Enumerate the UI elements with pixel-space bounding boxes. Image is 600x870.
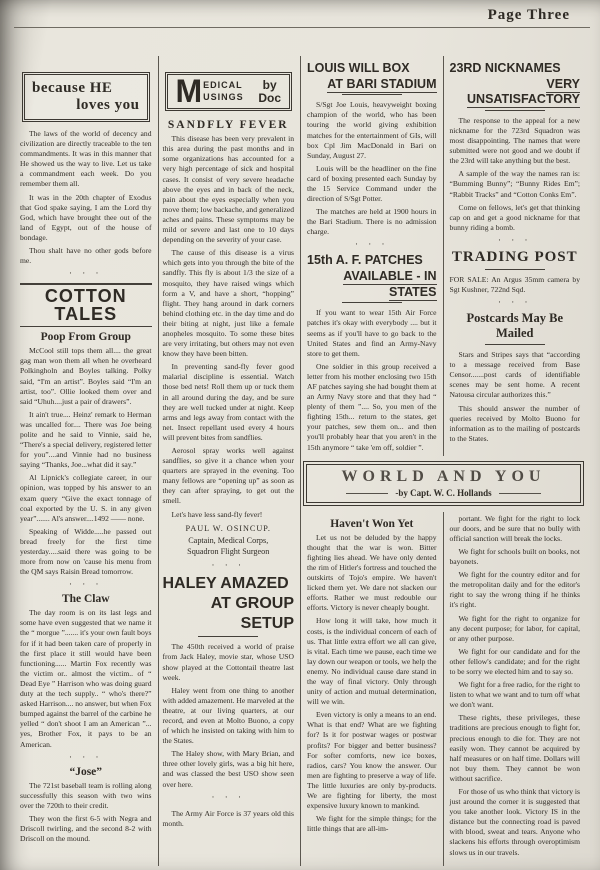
signature-title: Squadron Flight Surgeon xyxy=(163,546,295,558)
because-he-title-line-1: because HE xyxy=(32,80,140,97)
column-3-lower: Haven't Won Yet Let us not be deluded by… xyxy=(301,512,444,866)
section-separator: · · · xyxy=(450,236,581,245)
newspaper-page: Page Three because HE loves you The laws… xyxy=(0,0,600,870)
jose-heading: “Jose” xyxy=(20,766,152,778)
paragraph: Al Lipnick's collegiate career, in our o… xyxy=(20,473,152,523)
section-separator: · · · xyxy=(307,240,437,249)
paragraph: The response to the appeal for a new nic… xyxy=(450,116,581,166)
paragraph: Let's have less sand-fly fever! xyxy=(163,510,295,520)
medical-masthead-words: EDICAL USINGS xyxy=(203,80,244,103)
paragraph: Aerosol spray works well against sandfli… xyxy=(163,446,295,507)
byline-dash xyxy=(499,492,541,494)
paragraph: The 450th received a world of praise fro… xyxy=(163,642,295,682)
headline-rule xyxy=(485,269,545,270)
right-bottom-row: Haven't Won Yet Let us not be deluded by… xyxy=(301,512,586,866)
top-rule xyxy=(14,27,590,28)
world-and-you-box: WORLD AND YOU -by Capt. W. C. Hollands xyxy=(303,461,584,506)
medical-by-doc: Doc xyxy=(258,92,281,105)
paragraph: We fight for the country editor and for … xyxy=(450,570,581,610)
louis-headline-line-2: AT BARI STADIUM xyxy=(307,77,437,93)
louis-headline: LOUIS WILL BOX AT BARI STADIUM xyxy=(307,61,437,92)
signature-name: PAUL W. OSINCUP. xyxy=(163,523,295,535)
headline-rule xyxy=(198,636,258,637)
paragraph: The cause of this disease is a virus whi… xyxy=(163,248,295,359)
paragraph: The matches are held at 1900 hours in th… xyxy=(307,207,437,237)
paragraph: For those of us who think that victory i… xyxy=(450,787,581,858)
column-4: 23RD NICKNAMES VERY UNSATISFACTORY The r… xyxy=(444,56,587,456)
paragraph: S/Sgt Joe Louis, heavyweight boxing cham… xyxy=(307,100,437,161)
paragraph: We fight for the right to organize for a… xyxy=(450,614,581,644)
paragraph: The laws of the world of decency and civ… xyxy=(20,129,152,190)
medical-musings-box: M EDICAL USINGS by Doc xyxy=(165,72,293,111)
nicknames-headline-line-2: VERY UNSATISFACTORY xyxy=(450,77,581,108)
medical-m-initial: M xyxy=(176,79,203,104)
haley-headline: HALEY AMAZED AT GROUP SETUP xyxy=(163,574,295,634)
paragraph: One soldier in this group received a let… xyxy=(307,362,437,453)
nicknames-headline: 23RD NICKNAMES VERY UNSATISFACTORY xyxy=(450,61,581,108)
patches-headline: 15th A. F. PATCHES AVAILABLE - IN STATES xyxy=(307,253,437,300)
for-sale-notice: FOR SALE: An Argus 35mm camera by Sgt Ku… xyxy=(450,275,581,295)
paragraph: How long it will take, how much it costs… xyxy=(307,616,437,707)
patches-headline-line-1: 15th A. F. PATCHES xyxy=(307,253,437,269)
surgeon-signature: PAUL W. OSINCUP. Captain, Medical Corps,… xyxy=(163,523,295,559)
paragraph: Thou shalt have no other gods before me. xyxy=(20,246,152,266)
signature-rank: Captain, Medical Corps, xyxy=(163,535,295,547)
because-he-box: because HE loves you xyxy=(22,72,150,122)
nicknames-headline-line-1: 23RD NICKNAMES xyxy=(450,61,581,77)
patches-headline-line-2: AVAILABLE - IN STATES xyxy=(307,269,437,300)
postcards-heading: Postcards May Be Mailed xyxy=(450,311,581,341)
poop-from-group-heading: Poop From Group xyxy=(20,331,152,343)
paragraph: It ain't true.... Heinz' remark to Herma… xyxy=(20,410,152,471)
paragraph: The Haley show, with Mary Brian, and thr… xyxy=(163,749,295,789)
louis-headline-line-1: LOUIS WILL BOX xyxy=(307,61,437,77)
section-separator: · · · xyxy=(20,580,152,589)
cotton-tales-heading: COTTON TALES xyxy=(20,287,152,323)
medical-word-1: EDICAL xyxy=(203,80,244,91)
headline-rule xyxy=(485,344,545,345)
paragraph: This disease has been very prevalent in … xyxy=(163,134,295,245)
paragraph: We fight for our candidate and for the o… xyxy=(450,647,581,677)
paragraph: Stars and Stripes says that “according t… xyxy=(450,350,581,400)
paragraph: Speaking of Widde.....he passed out brea… xyxy=(20,527,152,577)
paragraph: It was in the 20th chapter of Exodus tha… xyxy=(20,193,152,243)
page-number: Page Three xyxy=(488,7,570,24)
column-1: because HE loves you The laws of the wor… xyxy=(16,56,159,866)
section-separator: · · · xyxy=(20,753,152,762)
sandfly-fever-heading: SANDFLY FEVER xyxy=(163,119,295,131)
paragraph: The day room is on its last legs and som… xyxy=(20,608,152,749)
paragraph: Let us not be deluded by the happy thoug… xyxy=(307,533,437,614)
paragraph: This should answer the number of queries… xyxy=(450,404,581,444)
medical-by-word: by xyxy=(258,79,281,92)
medical-byline: by Doc xyxy=(258,79,281,104)
paragraph: Even victory is only a means to an end. … xyxy=(307,710,437,811)
haley-headline-line-2: AT GROUP SETUP xyxy=(163,594,295,634)
section-separator: · · · xyxy=(163,561,295,570)
paragraph: We fight for schools built on books, not… xyxy=(450,547,581,567)
paragraph: A sample of the way the names ran is: “B… xyxy=(450,169,581,199)
paragraph: In preventing sand-fly fever good malari… xyxy=(163,362,295,443)
headline-rule xyxy=(342,94,402,95)
army-air-force-note: The Army Air Force is 37 years old this … xyxy=(163,809,295,829)
paragraph: Haley went from one thing to another wit… xyxy=(163,686,295,747)
paragraph: They won the first 6-5 with Negra and Dr… xyxy=(20,814,152,844)
headline-rule xyxy=(342,302,402,303)
paragraph: These rights, these privileges, these tr… xyxy=(450,713,581,784)
section-separator: · · · xyxy=(20,269,152,278)
column-layout: because HE loves you The laws of the wor… xyxy=(4,26,594,866)
column-2: M EDICAL USINGS by Doc SANDFLY FEVER Thi… xyxy=(159,56,302,866)
trading-post-heading: TRADING POST xyxy=(450,249,581,266)
paragraph: portant. We fight for the right to lock … xyxy=(450,514,581,544)
column-4-lower: portant. We fight for the right to lock … xyxy=(444,512,587,866)
paragraph: Louis will be the headliner on the fine … xyxy=(307,164,437,204)
paragraph: Come on fellows, let's get that thinking… xyxy=(450,203,581,233)
because-he-title-line-2: loves you xyxy=(32,97,140,114)
byline-text: -by Capt. W. C. Hollands xyxy=(395,488,491,498)
world-and-you-byline: -by Capt. W. C. Hollands xyxy=(313,488,574,498)
byline-dash xyxy=(346,492,388,494)
paragraph: McCool still tops them all.... the great… xyxy=(20,346,152,407)
paragraph: We fight for the simple things; for the … xyxy=(307,814,437,834)
paragraph: We fight for a free radio, for the right… xyxy=(450,680,581,710)
the-claw-heading: The Claw xyxy=(20,593,152,605)
medical-word-2: USINGS xyxy=(203,92,244,103)
headline-rule xyxy=(485,110,545,111)
section-separator: · · · xyxy=(450,298,581,307)
world-and-you-title: WORLD AND YOU xyxy=(313,468,574,486)
paragraph: If you want to wear 15th Air Force patch… xyxy=(307,308,437,358)
paragraph: The 721st baseball team is rolling along… xyxy=(20,781,152,811)
right-top-row: LOUIS WILL BOX AT BARI STADIUM S/Sgt Joe… xyxy=(301,56,586,456)
cotton-tales-heading-block: COTTON TALES xyxy=(20,283,152,327)
haley-headline-line-1: HALEY AMAZED xyxy=(163,574,295,594)
right-half: LOUIS WILL BOX AT BARI STADIUM S/Sgt Joe… xyxy=(301,56,586,866)
havent-won-yet-heading: Haven't Won Yet xyxy=(307,518,437,530)
column-3: LOUIS WILL BOX AT BARI STADIUM S/Sgt Joe… xyxy=(301,56,444,456)
section-separator: · · · xyxy=(163,793,295,802)
